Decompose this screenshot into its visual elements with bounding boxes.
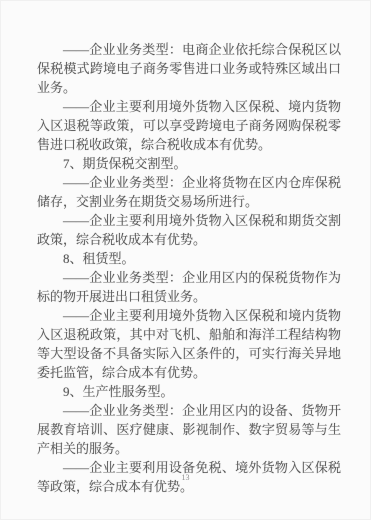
section-heading: 8、租赁型。 — [37, 249, 341, 268]
paragraph: ——企业业务类型：电商企业依托综合保税区以保税模式跨境电子商务零售进口业务或特殊… — [37, 40, 341, 97]
paragraph: ——企业主要利用境外货物入区保税和境内货物入区退税政策，其中对飞机、船舶和海洋工… — [37, 306, 341, 382]
paragraph: ——企业业务类型：企业将货物在区内仓库保税储存，交割业务在期货交易场所进行。 — [37, 173, 341, 211]
document-content: ——企业业务类型：电商企业依托综合保税区以保税模式跨境电子商务零售进口业务或特殊… — [37, 40, 341, 496]
paragraph: ——企业主要利用境外货物入区保税和期货交割政策，综合税收成本有优势。 — [37, 211, 341, 249]
paragraph: ——企业业务类型：企业用区内的保税货物作为标的物开展进出口租赁业务。 — [37, 268, 341, 306]
paragraph: ——企业业务类型：企业用区内的设备、货物开展教育培训、医疗健康、影视制作、数字贸… — [37, 401, 341, 458]
document-page: ——企业业务类型：电商企业依托综合保税区以保税模式跨境电子商务零售进口业务或特殊… — [0, 0, 371, 520]
page-number: 13 — [0, 473, 371, 483]
paragraph: ——企业主要利用境外货物入区保税、境内货物入区退税等政策，可以享受跨境电子商务网… — [37, 97, 341, 154]
section-heading: 7、期货保税交割型。 — [37, 154, 341, 173]
section-heading: 9、生产性服务型。 — [37, 382, 341, 401]
